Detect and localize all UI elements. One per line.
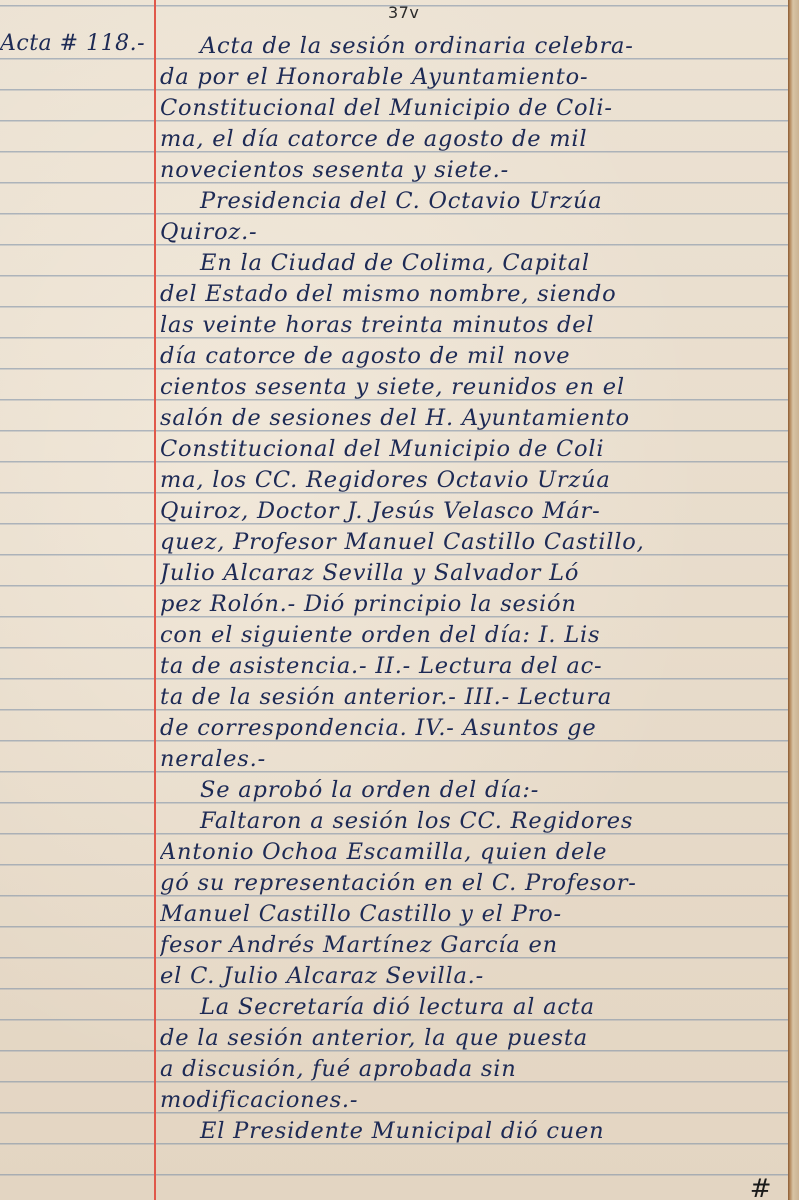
text-line: día catorce de agosto de mil nove: [160, 341, 790, 372]
text-line: Manuel Castillo Castillo y el Pro-: [160, 899, 790, 930]
acta-margin-label: Acta # 118.-: [0, 31, 145, 56]
text-line: Quiroz.-: [160, 217, 790, 248]
folio-number: 37v: [388, 3, 419, 22]
text-line: de correspondencia. IV.- Asuntos ge: [160, 713, 790, 744]
text-line: cientos sesenta y siete, reunidos en el: [160, 372, 790, 403]
text-line: En la Ciudad de Colima, Capital: [160, 248, 790, 279]
text-line: La Secretaría dió lectura al acta: [160, 992, 790, 1023]
text-line: ta de la sesión anterior.- III.- Lectura: [160, 682, 790, 713]
text-line: pez Rolón.- Dió principio la sesión: [160, 589, 790, 620]
continuation-mark: #: [750, 1174, 772, 1200]
text-line: novecientos sesenta y siete.-: [160, 155, 790, 186]
text-line: salón de sesiones del H. Ayuntamiento: [160, 403, 790, 434]
handwritten-body: Acta de la sesión ordinaria celebra- da …: [160, 31, 790, 1147]
text-line: Constitucional del Municipio de Coli: [160, 434, 790, 465]
text-line: Presidencia del C. Octavio Urzúa: [160, 186, 790, 217]
text-line: quez, Profesor Manuel Castillo Castillo,: [160, 527, 790, 558]
text-line: Constitucional del Municipio de Coli-: [160, 93, 790, 124]
text-line: las veinte horas treinta minutos del: [160, 310, 790, 341]
text-line: Faltaron a sesión los CC. Regidores: [160, 806, 790, 837]
text-line: nerales.-: [160, 744, 790, 775]
text-line: da por el Honorable Ayuntamiento-: [160, 62, 790, 93]
ledger-page: 37v Acta # 118.- Acta de la sesión ordin…: [0, 0, 790, 1200]
red-margin-rule: [154, 0, 156, 1200]
text-line: ta de asistencia.- II.- Lectura del ac-: [160, 651, 790, 682]
text-line: fesor Andrés Martínez García en: [160, 930, 790, 961]
text-line: ma, los CC. Regidores Octavio Urzúa: [160, 465, 790, 496]
text-line: a discusión, fué aprobada sin: [160, 1054, 790, 1085]
text-line: Antonio Ochoa Escamilla, quien dele: [160, 837, 790, 868]
text-line: Julio Alcaraz Sevilla y Salvador Ló: [160, 558, 790, 589]
text-line: el C. Julio Alcaraz Sevilla.-: [160, 961, 790, 992]
text-line: con el siguiente orden del día: I. Lis: [160, 620, 790, 651]
text-line: ma, el día catorce de agosto de mil: [160, 124, 790, 155]
text-line: Acta de la sesión ordinaria celebra-: [160, 31, 790, 62]
text-line: del Estado del mismo nombre, siendo: [160, 279, 790, 310]
text-line: gó su representación en el C. Profesor-: [160, 868, 790, 899]
text-line: de la sesión anterior, la que puesta: [160, 1023, 790, 1054]
text-line: El Presidente Municipal dió cuen: [160, 1116, 790, 1147]
page-edge: [788, 0, 799, 1200]
text-line: Se aprobó la orden del día:-: [160, 775, 790, 806]
text-line: Quiroz, Doctor J. Jesús Velasco Már-: [160, 496, 790, 527]
text-line: modificaciones.-: [160, 1085, 790, 1116]
